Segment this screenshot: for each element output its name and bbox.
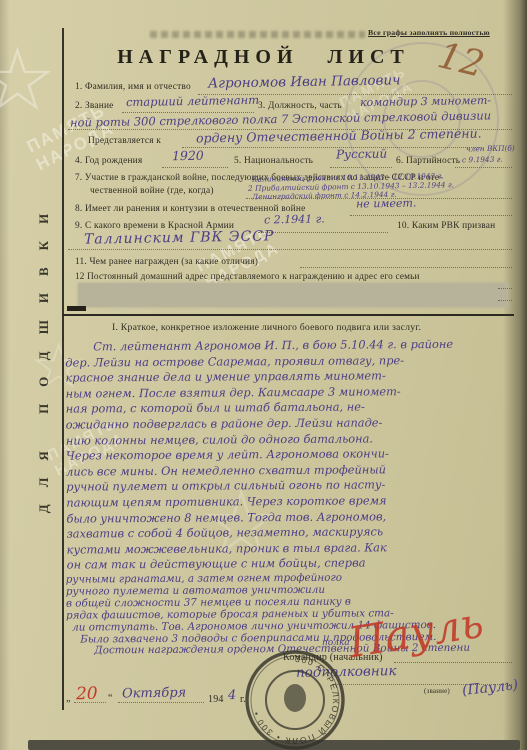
field-10-value: Таллинским ГВК ЭССР bbox=[84, 228, 275, 247]
dotted-line bbox=[498, 300, 512, 301]
field-2-value: старший лейтенант bbox=[126, 93, 259, 109]
section-divider-line bbox=[62, 314, 514, 316]
field-4-label: 4. Год рождения bbox=[75, 156, 142, 166]
watermark-star-icon: ☆ bbox=[0, 28, 57, 131]
date-quote-close: “ bbox=[108, 693, 113, 704]
field-1-value: Агрономов Иван Павлович bbox=[208, 72, 401, 91]
date-year-handwritten: 4 bbox=[228, 688, 237, 703]
dotted-line bbox=[118, 702, 204, 703]
field-5-label: 5. Национальность bbox=[234, 156, 313, 166]
dotted-line bbox=[330, 167, 392, 168]
field-6-value-line2: с 9.1943 г. bbox=[462, 155, 503, 165]
dotted-line bbox=[394, 662, 512, 663]
divider-tick bbox=[67, 306, 86, 311]
dotted-line bbox=[498, 288, 512, 289]
field-7-label-line2: чественной войне (где, когда) bbox=[90, 186, 214, 196]
margin-rule bbox=[62, 28, 64, 710]
field-10-label: 10. Каким РВК призван bbox=[397, 221, 495, 231]
field-4-value: 1920 bbox=[172, 148, 204, 164]
date-month-handwritten: Октября bbox=[122, 685, 186, 701]
bleed-through-text bbox=[150, 31, 365, 38]
field-5-value: Русский bbox=[336, 147, 387, 162]
redacted-address-block bbox=[78, 283, 508, 307]
field-6-value-line1: член ВКП(б) bbox=[466, 144, 515, 154]
field-11-label: 11. Чем ранее награжден (за какие отличи… bbox=[75, 257, 258, 267]
field-3-label: 3. Должность, часть bbox=[258, 101, 342, 111]
date-day-handwritten: 20 bbox=[76, 684, 98, 704]
dotted-line bbox=[455, 167, 512, 168]
presented-for-label: Представляется к bbox=[88, 136, 161, 146]
section1-heading: I. Краткое, конкретное изложение личного… bbox=[112, 322, 421, 333]
field-8-value: не имеет. bbox=[356, 196, 417, 210]
date-quote-open: „ bbox=[66, 693, 71, 704]
field-6-label: 6. Партийность bbox=[396, 156, 460, 166]
citation-body-part1: Ст. лейтенант Агрономов И. П., в бою 5.1… bbox=[65, 336, 519, 573]
field-3-value-line1: командир 3 миномет- bbox=[360, 94, 491, 109]
binding-margin-label: ДЛЯ ПОДШИВКИ bbox=[36, 145, 52, 565]
rank-caption: (звание) bbox=[424, 687, 450, 695]
field-12-label: 12 Постоянный домашний адрес представляе… bbox=[75, 271, 420, 281]
dotted-line bbox=[68, 249, 512, 250]
dotted-line bbox=[182, 147, 482, 148]
top-note: Все графы заполнять полностью bbox=[368, 28, 490, 37]
award-sheet-scan: ☆ ☆ ☆ ПАМЯТЬ НАРОДА ПАМЯТЬ НАРОДА ПАМЯТЬ… bbox=[0, 0, 527, 750]
field-1-label: 1. Фамилия, имя и отчество bbox=[75, 82, 191, 92]
field-2-label: 2. Звание bbox=[75, 101, 114, 111]
dotted-line bbox=[162, 167, 228, 168]
date-year-printed: 194 bbox=[208, 694, 224, 705]
citation-line: он сам так и действующие с ним бойцы, сп… bbox=[67, 555, 519, 574]
dotted-line bbox=[350, 215, 512, 216]
unit-round-stamp: 300 СТРЕЛКОВЫЙ ПОЛК • 300 • bbox=[243, 648, 347, 750]
citation-line: Ст. лейтенант Агрономов И. П., в бою 5.1… bbox=[65, 336, 517, 355]
commander-unit-handwritten: полка bbox=[322, 638, 350, 648]
field-9-value: с 2.1941 г. bbox=[264, 212, 325, 226]
dotted-line bbox=[300, 267, 512, 268]
dotted-line bbox=[258, 232, 388, 233]
